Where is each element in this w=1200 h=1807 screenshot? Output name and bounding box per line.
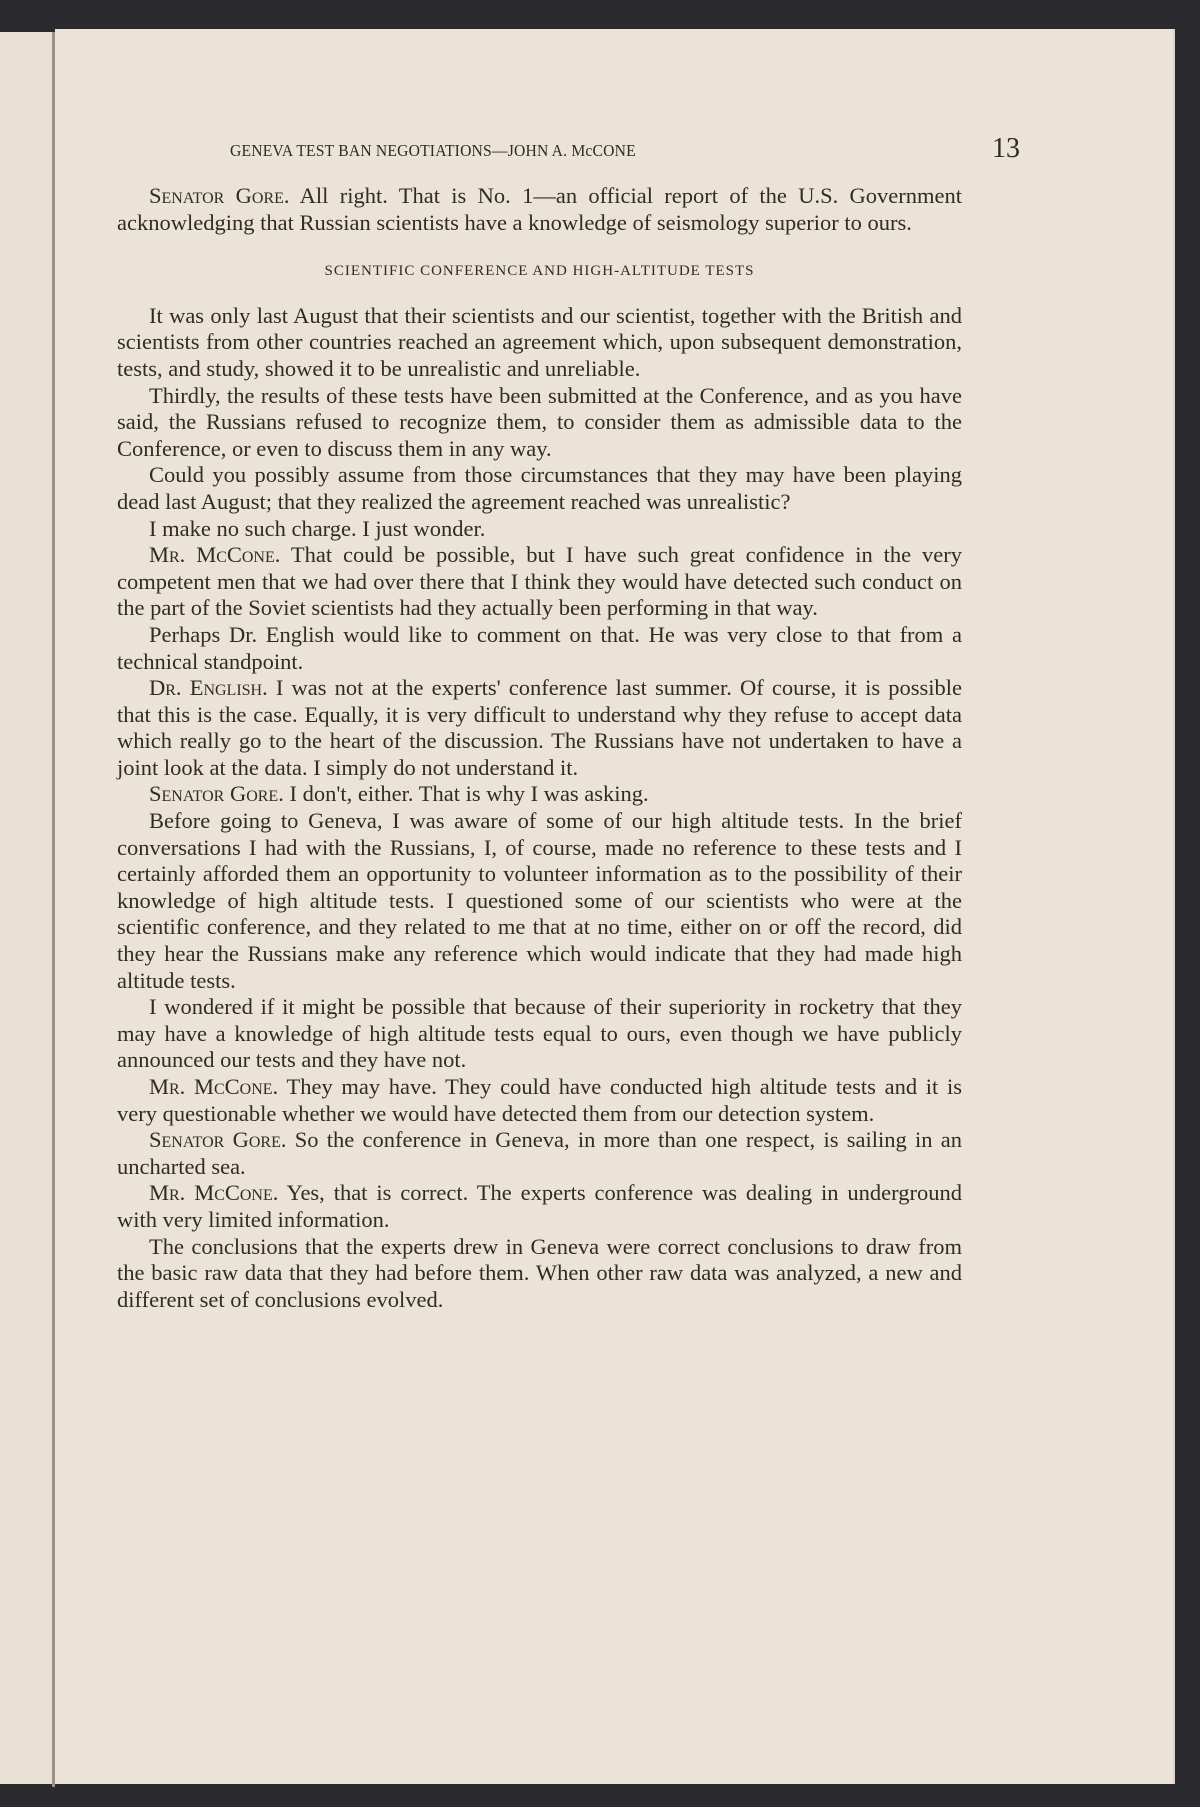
paragraph-text: It was only last August that their scien…	[117, 303, 962, 381]
paragraph-text: Before going to Geneva, I was aware of s…	[117, 808, 962, 993]
paragraph: Senator Gore. I don't, either. That is w…	[117, 781, 962, 808]
paragraph: I make no such charge. I just wonder.	[117, 516, 962, 543]
paragraph: Mr. McCone. They may have. They could ha…	[117, 1074, 962, 1127]
paragraph: The conclusions that the experts drew in…	[117, 1234, 962, 1314]
paragraph: Thirdly, the results of these tests have…	[117, 383, 962, 463]
paragraph: I wondered if it might be possible that …	[117, 994, 962, 1074]
paragraph: Mr. McCone. That could be possible, but …	[117, 542, 962, 622]
paragraph: Dr. English. I was not at the experts' c…	[117, 675, 962, 781]
facing-page-edge	[0, 32, 53, 1784]
body-text: Senator Gore. All right. That is No. 1—a…	[117, 183, 962, 1313]
paragraph-text: The conclusions that the experts drew in…	[117, 1234, 962, 1312]
speaker-name: Mr. McCone.	[149, 542, 280, 567]
paragraph: Could you possibly assume from those cir…	[117, 462, 962, 515]
speaker-name: Senator Gore.	[149, 781, 284, 806]
running-head-title: GENEVA TEST BAN NEGOTIATIONS—JOHN A. McC…	[230, 141, 636, 161]
paragraph-text: Could you possibly assume from those cir…	[117, 462, 962, 514]
paragraph: Senator Gore. All right. That is No. 1—a…	[117, 183, 962, 236]
speaker-name: Dr. English.	[149, 675, 268, 700]
paragraph: Perhaps Dr. English would like to commen…	[117, 622, 962, 675]
running-head: GENEVA TEST BAN NEGOTIATIONS—JOHN A. McC…	[230, 137, 1020, 167]
paragraph: Mr. McCone. Yes, that is correct. The ex…	[117, 1180, 962, 1233]
section-heading: SCIENTIFIC CONFERENCE AND HIGH-ALTITUDE …	[117, 258, 962, 285]
paragraph-text: Thirdly, the results of these tests have…	[117, 383, 962, 461]
speaker-name: Senator Gore.	[149, 1127, 286, 1152]
paragraph-text: Perhaps Dr. English would like to commen…	[117, 622, 962, 674]
paragraph-text: I don't, either. That is why I was askin…	[284, 781, 649, 806]
paragraph-text: I wondered if it might be possible that …	[117, 994, 962, 1072]
speaker-name: Senator Gore.	[149, 183, 290, 208]
paragraph: Senator Gore. So the conference in Genev…	[117, 1127, 962, 1180]
paragraph: It was only last August that their scien…	[117, 303, 962, 383]
paragraph: Before going to Geneva, I was aware of s…	[117, 808, 962, 994]
speaker-name: Mr. McCone.	[149, 1180, 278, 1205]
paragraph-text: I make no such charge. I just wonder.	[149, 516, 485, 541]
speaker-name: Mr. McCone.	[149, 1074, 278, 1099]
page-number: 13	[992, 133, 1020, 165]
